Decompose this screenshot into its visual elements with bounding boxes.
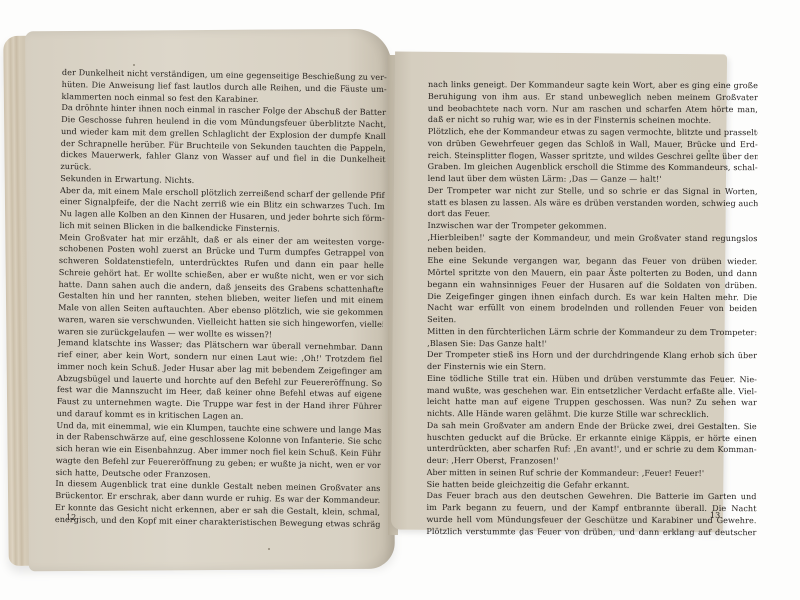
paper-speck [708,150,710,152]
text-line: ‚Hierbleiben!' sagte der Kommandeur, und… [427,232,757,245]
text-line: nach links geneigt. Der Kommandeur sagte… [428,79,758,92]
left-page-text: der Dunkelheit nicht verständigen, um ei… [55,67,387,530]
text-line: Aber mitten in seinen Ruf schrie der Kom… [427,467,757,480]
text-line: deur: ‚Herr Oberst, Franzosen!' [427,455,757,468]
text-line: Der Trompeter war nicht zur Stelle, und … [428,185,758,198]
left-page-number: 12 [66,513,76,522]
text-line: von drüben Gewehrfeuer gegen das Schloß … [428,138,758,151]
text-line: im Park begann zu feuern, und der Kampf … [426,502,756,515]
text-line: nichts. Alle Hände waren gelähmt. Die ku… [427,408,757,421]
paper-speck [520,534,522,536]
text-line: der Finsternis wie ein Stern. [427,361,757,374]
text-line: Plötzlich, ehe der Kommandeur etwas zu s… [428,126,758,139]
text-line: Inzwischen war der Trompeter gekommen. [427,220,757,233]
text-line: Nacht war erfüllt von einem brodelnden u… [427,302,757,315]
text-line: wurde hell vom Mündungsfeuer der Geschüt… [426,514,756,527]
paper-speck [133,64,135,66]
text-line: Da sah mein Großvater am andern Ende der… [427,420,757,433]
text-line: Eine tödliche Stille trat ein. Hüben und… [427,373,757,386]
right-page-number: 13 [710,511,720,520]
open-book-photo: der Dunkelheit nicht verständigen, um ei… [0,0,800,600]
text-line: begann ein wahnsinniges Feuer der Husare… [427,279,757,292]
text-line: Beruhigung von ihm aus. Er stand unbeweg… [428,91,758,104]
text-line: lend laut über dem wüsten Lärm: ‚Das — G… [428,173,758,186]
text-line: Mitten in den fürchterlichen Lärm schrie… [427,326,757,339]
paper-speck [268,548,270,550]
text-line: Mörtel spritzte von den Mauern, ein paar… [427,267,757,280]
right-page-text: nach links geneigt. Der Kommandeur sagte… [426,79,758,538]
text-line: Plötzlich verstummte das Feuer von drübe… [426,525,756,538]
